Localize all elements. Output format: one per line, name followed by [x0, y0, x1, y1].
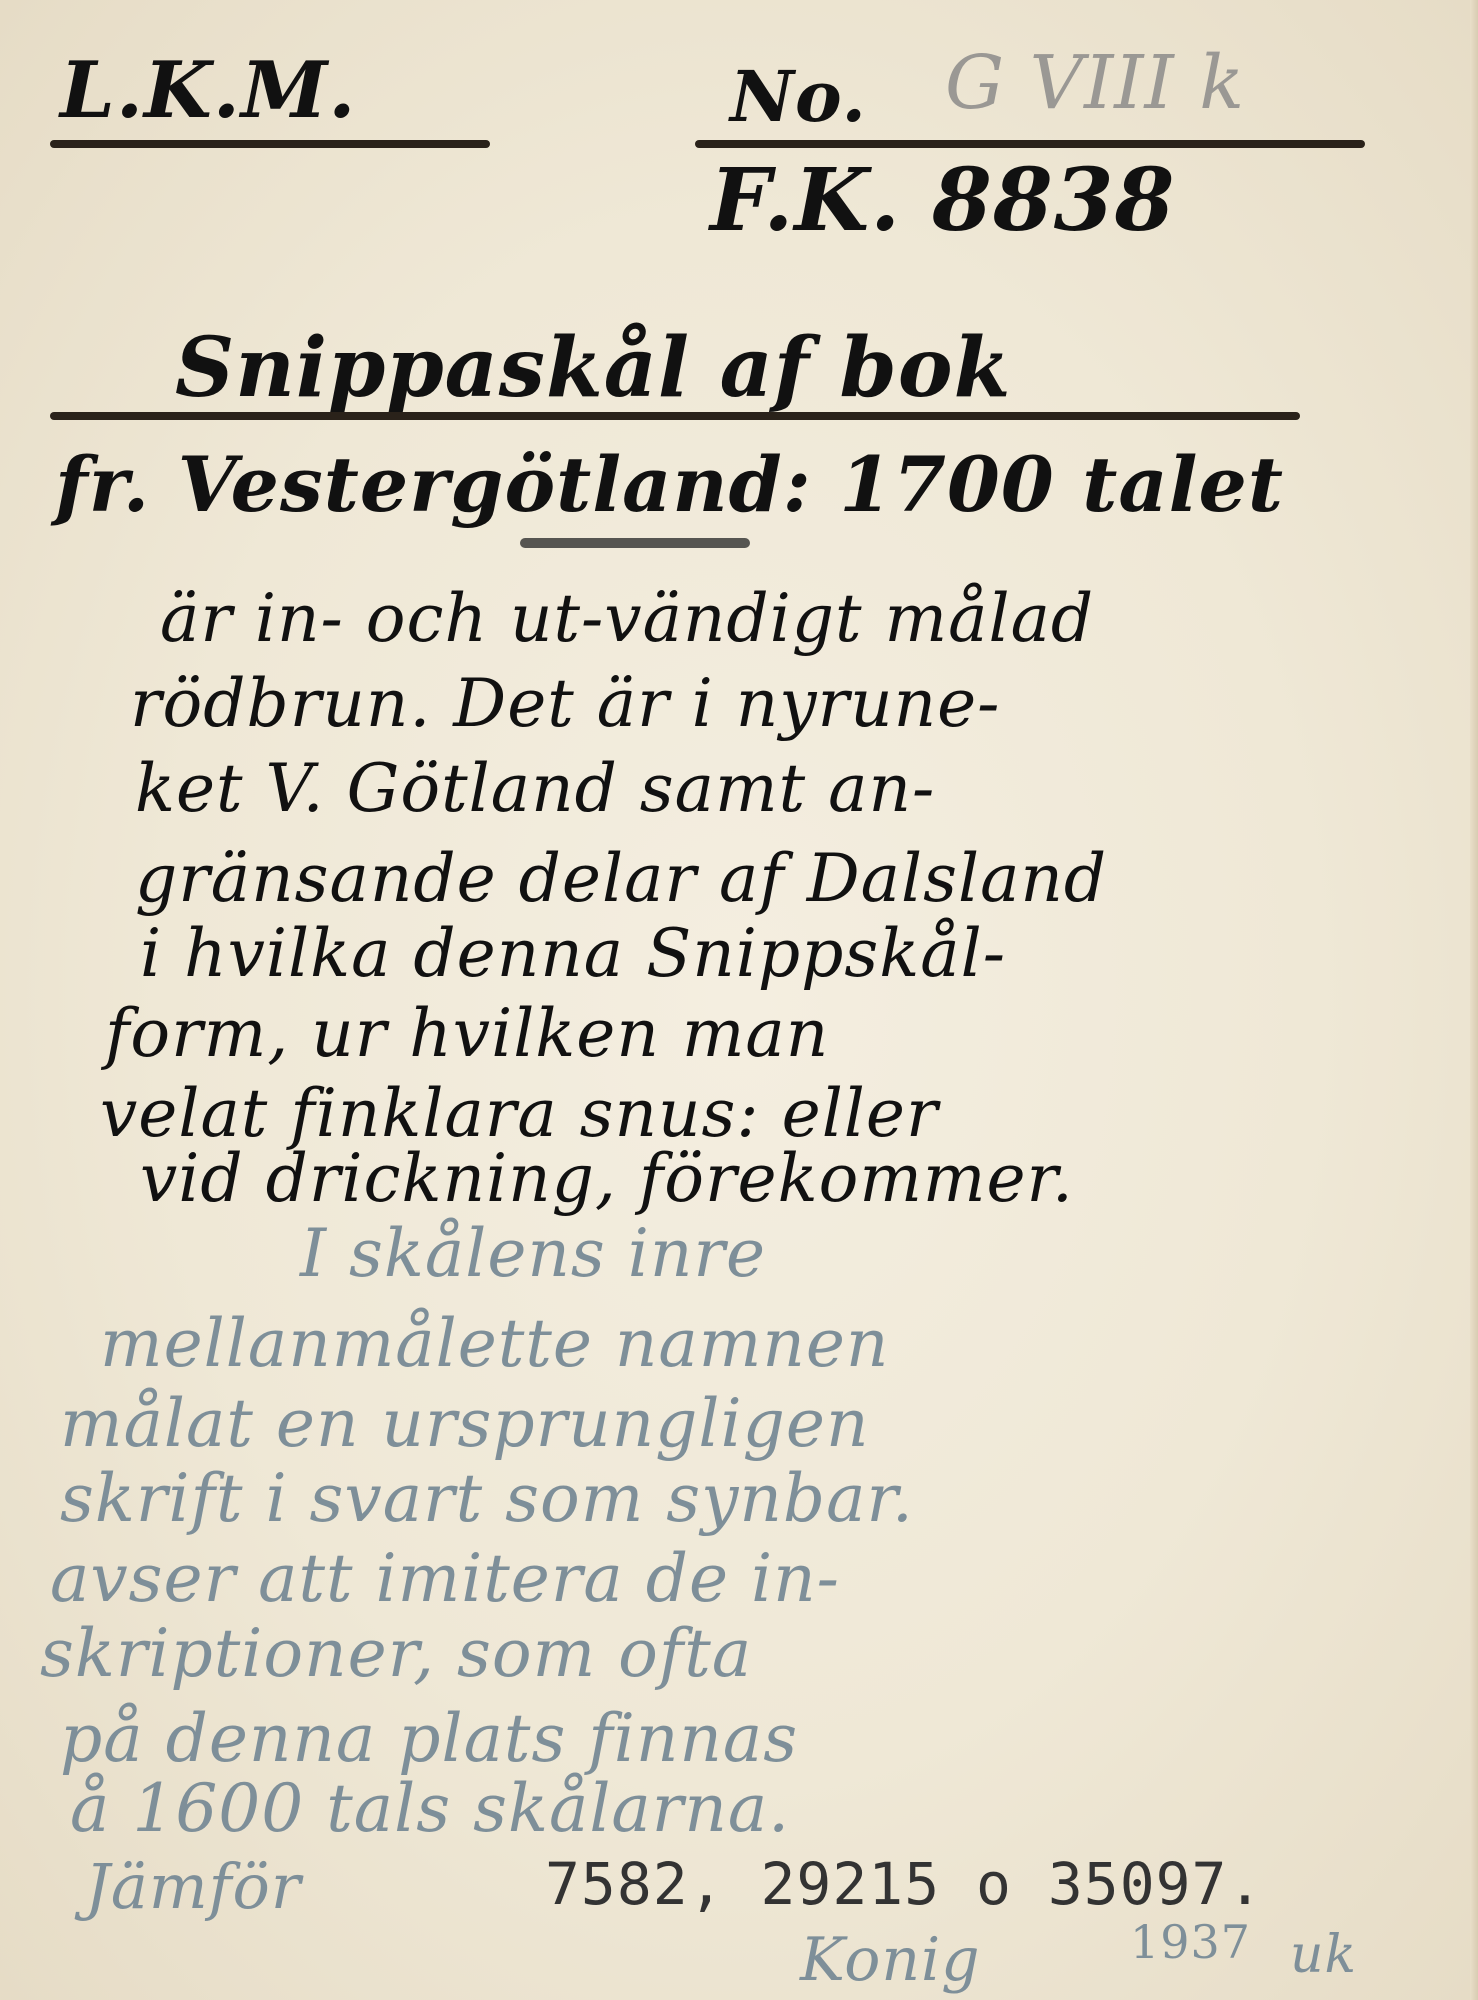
addendum-line: målat en ursprungligen	[60, 1385, 869, 1462]
body-line: form, ur hvilken man	[105, 995, 829, 1072]
addendum-line: skrift i svart som synbar.	[60, 1460, 914, 1537]
addendum-line: på denna plats finnas	[60, 1700, 798, 1777]
number-label: No.	[730, 55, 867, 138]
reference-prefix: Jämför	[85, 1850, 302, 1923]
addendum-line: I skålens inre	[300, 1215, 766, 1292]
body-line: rödbrun. Det är i nyrune-	[130, 665, 1000, 742]
title-underline	[50, 412, 1300, 420]
accession-number: F.K. 8838	[710, 150, 1175, 251]
signature-name: Konig	[800, 1925, 981, 1995]
body-line: är in- och ut-vändigt målad	[160, 580, 1094, 657]
addendum-line: avser att imitera de in-	[50, 1540, 840, 1617]
body-line: fr. Vestergötland: 1700 talet	[55, 440, 1284, 529]
addendum-line: mellanmålette namnen	[100, 1305, 889, 1382]
addendum-line: skriptioner, som ofta	[40, 1615, 752, 1692]
collection-underline	[50, 140, 490, 148]
number-underline	[695, 140, 1365, 148]
collection-mark: L.K.M.	[60, 45, 356, 136]
reference-numbers: 7582, 29215 o 35097.	[545, 1850, 1263, 1918]
body-line: i hvilka denna Snippskål-	[140, 915, 1006, 992]
addendum-line: å 1600 tals skålarna.	[70, 1770, 790, 1847]
body-line: gränsande delar af Dalsland	[135, 840, 1107, 917]
number-value: G VIII k	[945, 40, 1245, 126]
index-card: L.K.M. No. G VIII k F.K. 8838 Snippaskål…	[0, 0, 1478, 2000]
body-line: ket V. Götland samt an-	[135, 750, 935, 827]
object-title: Snippaskål af bok	[175, 320, 1011, 416]
signature-year: 1937	[1130, 1915, 1251, 1969]
body-line: vid drickning, förekommer.	[140, 1140, 1074, 1217]
card-edge	[1470, 0, 1478, 2000]
signature-initials: uk	[1290, 1925, 1357, 1985]
word-underline	[520, 538, 750, 548]
